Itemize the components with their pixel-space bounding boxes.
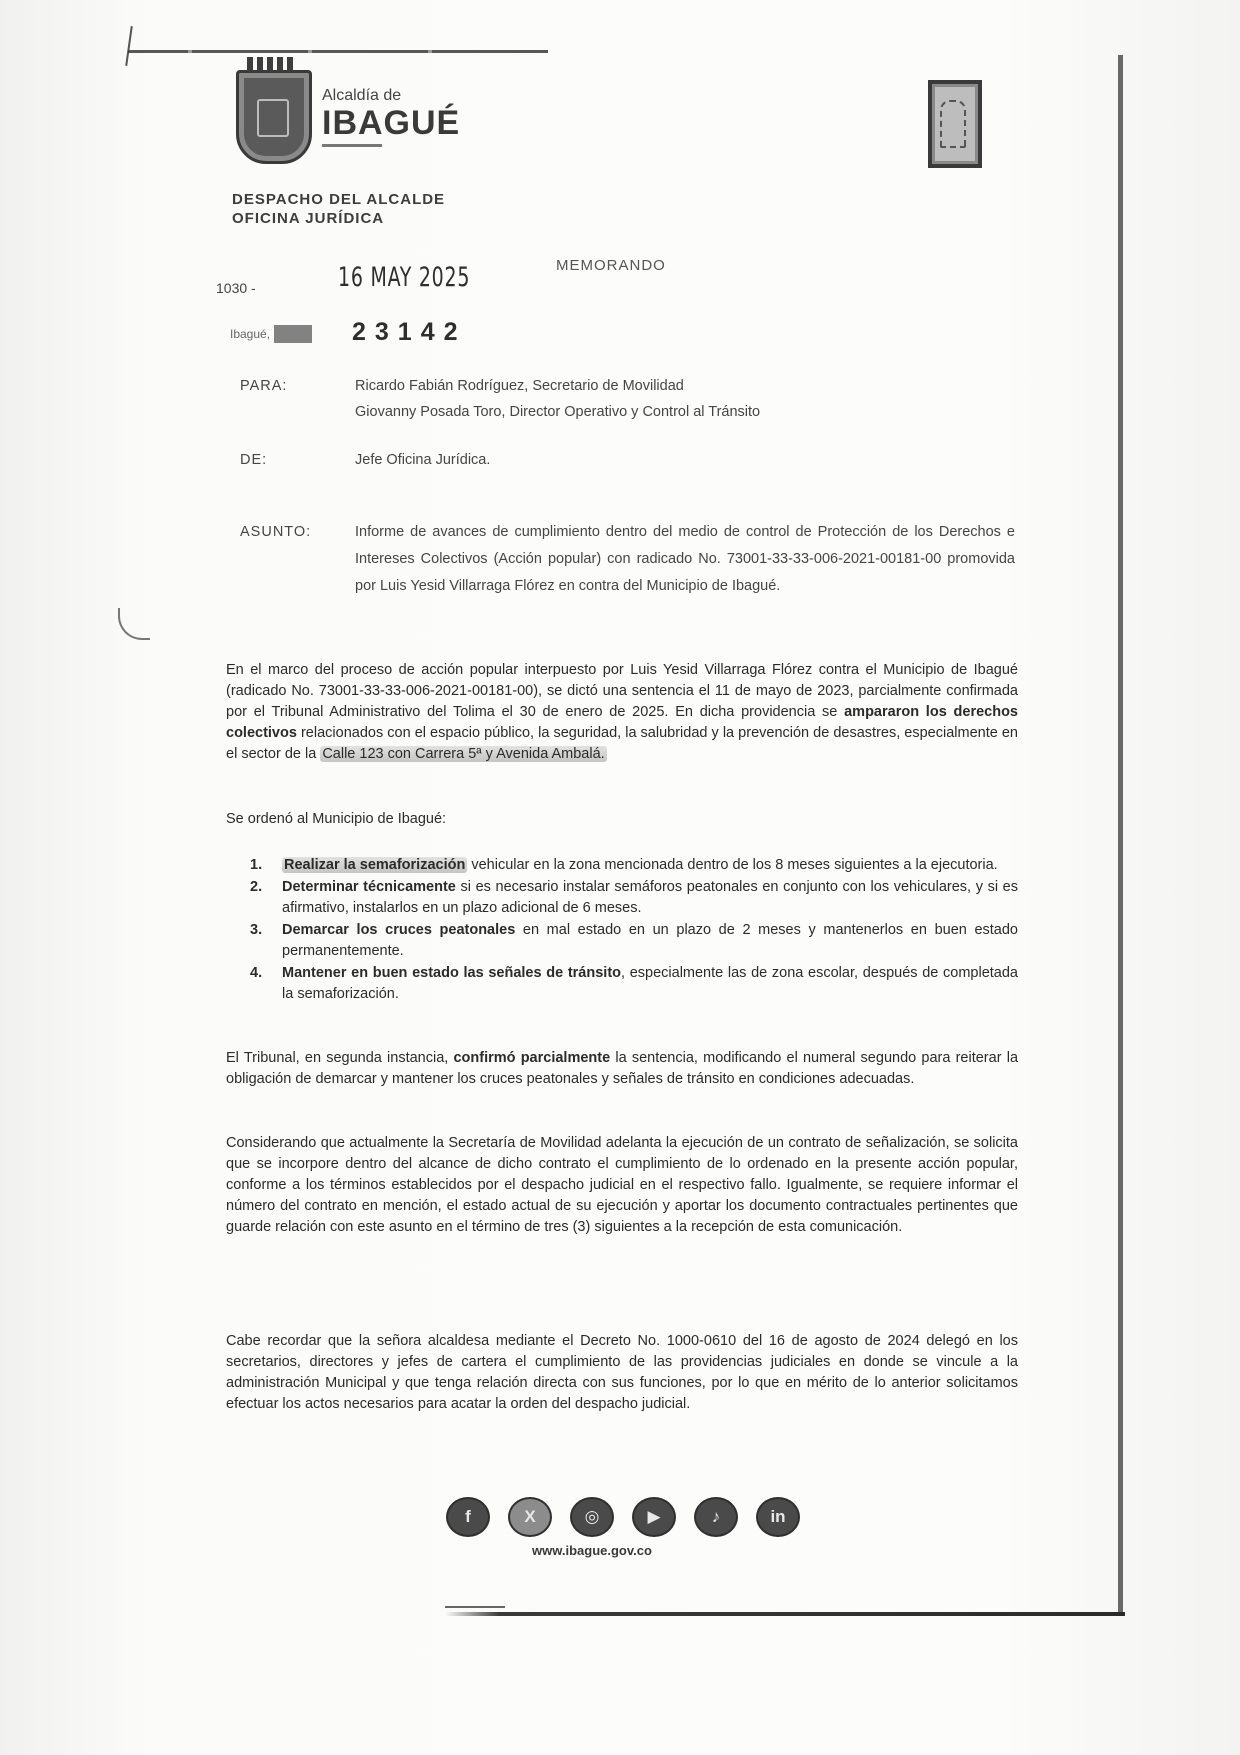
de-value: Jefe Oficina Jurídica. [355,447,975,473]
de-label: DE: [240,447,267,473]
order-action: Realizar la semaforización [282,857,467,873]
document-type: MEMORANDO [556,257,666,274]
logo-line2: IBAGUÉ [322,105,460,141]
redaction-mark [274,325,312,343]
city-line: Ibagué, [230,325,312,343]
emphasis: confirmó parcialmente [453,1050,610,1066]
social-links: f X ◎ ▶ ♪ in [446,1497,800,1537]
page-edge [1118,55,1123,1615]
order-item: 4.Mantener en buen estado las señales de… [250,963,1018,1005]
footer-rule [445,1612,1125,1616]
recipient: Ricardo Fabián Rodríguez, Secretario de … [355,373,975,399]
tiktok-icon[interactable]: ♪ [694,1497,738,1537]
order-item: 3.Demarcar los cruces peatonales en mal … [250,920,1018,962]
youtube-icon[interactable]: ▶ [632,1497,676,1537]
asunto-label: ASUNTO: [240,519,311,545]
logo-line1: Alcaldía de [322,87,460,105]
para-label: PARA: [240,373,287,399]
website-link[interactable]: www.ibague.gov.co [532,1543,652,1558]
postage-stamp-icon [928,80,982,168]
scan-mark [118,608,150,640]
paragraph-tribunal: El Tribunal, en segunda instancia, confi… [226,1048,1018,1090]
reference-code: 1030 - [216,280,256,296]
order-item: 2.Determinar técnicamente si es necesari… [250,877,1018,919]
paragraph-orders-intro: Se ordenó al Municipio de Ibagué: [226,809,1018,830]
logo-underline [322,144,382,147]
order-action: Demarcar los cruces peatonales [282,922,515,938]
order-action: Determinar técnicamente [282,879,456,895]
date-stamp: 16 MAY 2025 [338,262,470,293]
paragraph-decree: Cabe recordar que la señora alcaldesa me… [226,1331,1018,1415]
recipient: Giovanny Posada Toro, Director Operativo… [355,399,975,425]
facebook-icon[interactable]: f [446,1497,490,1537]
alcaldia-logo: Alcaldía de IBAGUÉ [236,70,460,164]
order-action: Mantener en buen estado las señales de t… [282,965,621,981]
paragraph-background: En el marco del proceso de acción popula… [226,660,1018,765]
memo-number: 23142 [352,318,467,347]
highlighted-location: Calle 123 con Carrera 5ª y Avenida Ambal… [320,746,606,762]
scan-mark [125,26,133,66]
top-rule [128,50,548,53]
memo-page: Alcaldía de IBAGUÉ DESPACHO DEL ALCALDE … [0,0,1240,1755]
orders-list: 1.Realizar la semaforización vehicular e… [250,855,1018,1006]
office-heading: DESPACHO DEL ALCALDE OFICINA JURÍDICA [232,190,445,228]
footer-rule [445,1606,505,1608]
office-line1: DESPACHO DEL ALCALDE [232,190,445,209]
asunto-value: Informe de avances de cumplimiento dentr… [355,519,1015,600]
city-prefix: Ibagué, [230,327,270,341]
instagram-icon[interactable]: ◎ [570,1497,614,1537]
linkedin-icon[interactable]: in [756,1497,800,1537]
coat-of-arms-icon [236,70,312,164]
order-item: 1.Realizar la semaforización vehicular e… [250,855,1018,876]
paragraph-request: Considerando que actualmente la Secretar… [226,1133,1018,1238]
x-twitter-icon[interactable]: X [508,1497,552,1537]
office-line2: OFICINA JURÍDICA [232,209,445,228]
